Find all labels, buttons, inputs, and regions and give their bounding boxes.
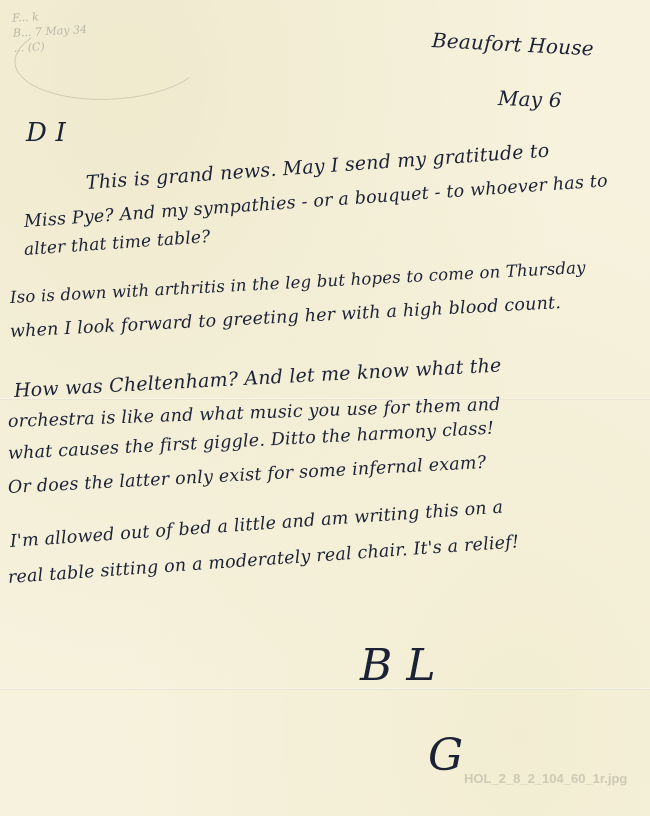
paper-fold-line [0, 688, 650, 690]
filename-watermark: HOL_2_8_2_104_60_1r.jpg [464, 771, 644, 786]
letter-salutation: D I [26, 118, 66, 148]
letter-body-line: alter that time table? [23, 227, 211, 260]
letter-date: May 6 [498, 86, 563, 112]
letter-page: F... k B... 7 May 34 ... (C) Beaufort Ho… [0, 0, 650, 816]
paper-fold-line [0, 398, 650, 400]
letter-body-line: How was Cheltenham? And let me know what… [13, 354, 502, 402]
closing-initials: B L [360, 640, 436, 691]
pencil-annotation: F... k B... 7 May 34 ... (C) [12, 1, 196, 100]
signature: G [428, 730, 463, 781]
letter-address: Beaufort House [431, 28, 594, 60]
